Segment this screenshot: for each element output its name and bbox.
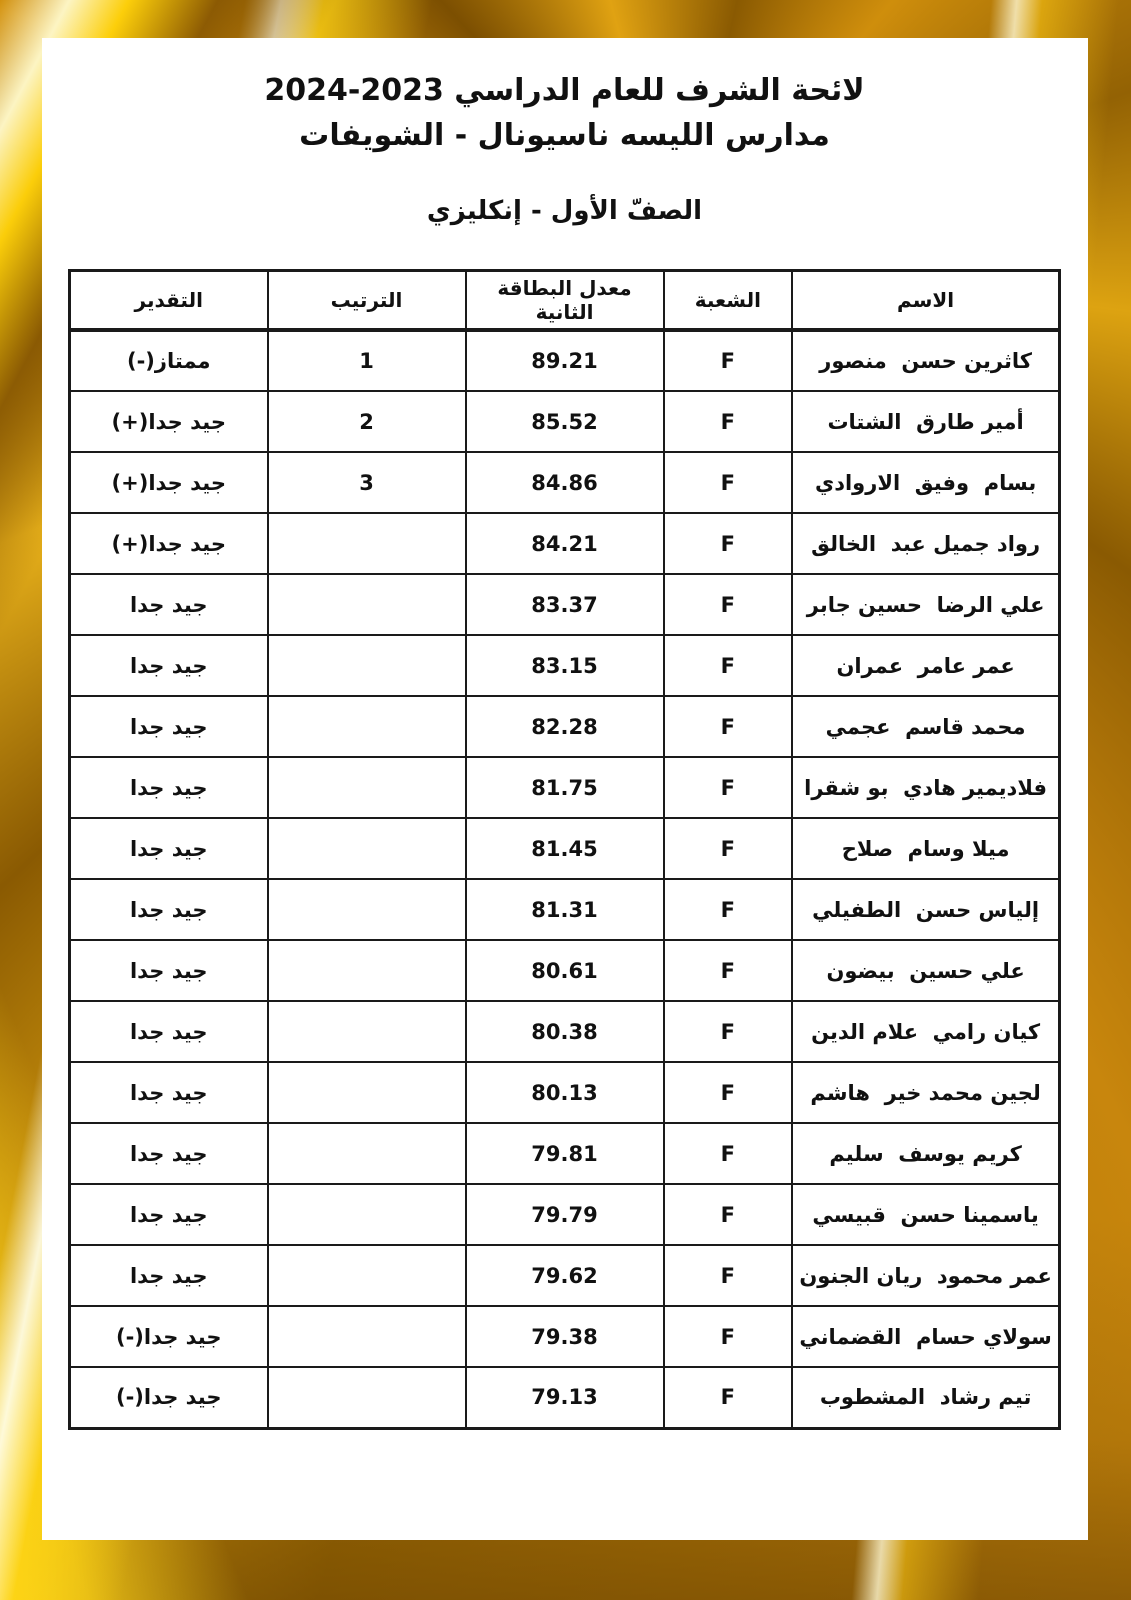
cell-section: F — [664, 391, 793, 452]
table-row: سولاي حسام القضماني F 79.38 جيد جدا(-) — [70, 1306, 1060, 1367]
cell-grade: جيد جدا — [70, 696, 268, 757]
cell-section: F — [664, 1367, 793, 1428]
cell-grade: جيد جدا — [70, 940, 268, 1001]
honor-roll-table-body: كاثرين حسن منصور F 89.21 1 ممتاز(-) أمير… — [70, 330, 1060, 1428]
cell-grade: جيد جدا(-) — [70, 1367, 268, 1428]
table-row: أمير طارق الشتات F 85.52 2 جيد جدا(+) — [70, 391, 1060, 452]
cell-rank — [268, 696, 466, 757]
page-title-line2: مدارس الليسه ناسيونال - الشويفات — [68, 113, 1061, 158]
table-row: ياسمينا حسن قبيسي F 79.79 جيد جدا — [70, 1184, 1060, 1245]
cell-grade: جيد جدا — [70, 757, 268, 818]
honor-roll-table: الاسم الشعبة معدل البطاقة الثانية الترتي… — [68, 269, 1061, 1430]
table-row: إلياس حسن الطفيلي F 81.31 جيد جدا — [70, 879, 1060, 940]
cell-grade: جيد جدا — [70, 818, 268, 879]
table-row: لجين محمد خير هاشم F 80.13 جيد جدا — [70, 1062, 1060, 1123]
cell-rank: 1 — [268, 330, 466, 391]
cell-section: F — [664, 1306, 793, 1367]
cell-student-name: علي الرضا حسين جابر — [792, 574, 1059, 635]
cell-average: 79.13 — [466, 1367, 664, 1428]
cell-section: F — [664, 574, 793, 635]
cell-student-name: كاثرين حسن منصور — [792, 330, 1059, 391]
cell-rank — [268, 1123, 466, 1184]
cell-rank: 2 — [268, 391, 466, 452]
cell-grade: جيد جدا — [70, 1245, 268, 1306]
table-row: محمد قاسم عجمي F 82.28 جيد جدا — [70, 696, 1060, 757]
cell-average: 89.21 — [466, 330, 664, 391]
cell-average: 84.86 — [466, 452, 664, 513]
cell-section: F — [664, 1245, 793, 1306]
table-row: كاثرين حسن منصور F 89.21 1 ممتاز(-) — [70, 330, 1060, 391]
cell-grade: ممتاز(-) — [70, 330, 268, 391]
cell-student-name: عمر محمود ريان الجنون — [792, 1245, 1059, 1306]
document-header: لائحة الشرف للعام الدراسي 2023-2024 مدار… — [68, 68, 1061, 226]
cell-rank — [268, 1367, 466, 1428]
cell-average: 79.62 — [466, 1245, 664, 1306]
cell-grade: جيد جدا — [70, 1001, 268, 1062]
cell-section: F — [664, 940, 793, 1001]
cell-average: 83.37 — [466, 574, 664, 635]
cell-grade: جيد جدا — [70, 1184, 268, 1245]
cell-student-name: لجين محمد خير هاشم — [792, 1062, 1059, 1123]
cell-grade: جيد جدا — [70, 1062, 268, 1123]
cell-rank — [268, 513, 466, 574]
table-row: بسام وفيق الاروادي F 84.86 3 جيد جدا(+) — [70, 452, 1060, 513]
cell-student-name: بسام وفيق الاروادي — [792, 452, 1059, 513]
cell-rank — [268, 1245, 466, 1306]
cell-student-name: سولاي حسام القضماني — [792, 1306, 1059, 1367]
cell-average: 80.13 — [466, 1062, 664, 1123]
cell-section: F — [664, 757, 793, 818]
cell-rank — [268, 1306, 466, 1367]
cell-average: 82.28 — [466, 696, 664, 757]
column-header-section: الشعبة — [664, 271, 793, 331]
table-row: علي الرضا حسين جابر F 83.37 جيد جدا — [70, 574, 1060, 635]
column-header-grade: التقدير — [70, 271, 268, 331]
column-header-rank: الترتيب — [268, 271, 466, 331]
cell-average: 79.79 — [466, 1184, 664, 1245]
cell-student-name: فلاديمير هادي بو شقرا — [792, 757, 1059, 818]
cell-average: 83.15 — [466, 635, 664, 696]
table-row: رواد جميل عبد الخالق F 84.21 جيد جدا(+) — [70, 513, 1060, 574]
cell-rank: 3 — [268, 452, 466, 513]
header-row: الاسم الشعبة معدل البطاقة الثانية الترتي… — [70, 271, 1060, 331]
table-row: كريم يوسف سليم F 79.81 جيد جدا — [70, 1123, 1060, 1184]
cell-rank — [268, 1001, 466, 1062]
cell-rank — [268, 1184, 466, 1245]
page-title-line1: لائحة الشرف للعام الدراسي 2023-2024 — [68, 68, 1061, 113]
cell-average: 79.38 — [466, 1306, 664, 1367]
cell-rank — [268, 940, 466, 1001]
cell-average: 81.45 — [466, 818, 664, 879]
cell-student-name: محمد قاسم عجمي — [792, 696, 1059, 757]
cell-student-name: تيم رشاد المشطوب — [792, 1367, 1059, 1428]
table-row: تيم رشاد المشطوب F 79.13 جيد جدا(-) — [70, 1367, 1060, 1428]
cell-grade: جيد جدا(+) — [70, 452, 268, 513]
cell-student-name: ميلا وسام صلاح — [792, 818, 1059, 879]
cell-average: 80.61 — [466, 940, 664, 1001]
cell-grade: جيد جدا — [70, 635, 268, 696]
cell-grade: جيد جدا — [70, 879, 268, 940]
column-header-name: الاسم — [792, 271, 1059, 331]
cell-average: 79.81 — [466, 1123, 664, 1184]
document-page: لائحة الشرف للعام الدراسي 2023-2024 مدار… — [42, 38, 1088, 1540]
table-row: علي حسين بيضون F 80.61 جيد جدا — [70, 940, 1060, 1001]
cell-student-name: أمير طارق الشتات — [792, 391, 1059, 452]
cell-section: F — [664, 879, 793, 940]
cell-average: 81.31 — [466, 879, 664, 940]
cell-grade: جيد جدا(+) — [70, 513, 268, 574]
cell-rank — [268, 635, 466, 696]
cell-student-name: رواد جميل عبد الخالق — [792, 513, 1059, 574]
table-row: كيان رامي علام الدين F 80.38 جيد جدا — [70, 1001, 1060, 1062]
cell-student-name: عمر عامر عمران — [792, 635, 1059, 696]
cell-rank — [268, 1062, 466, 1123]
cell-grade: جيد جدا — [70, 574, 268, 635]
cell-student-name: إلياس حسن الطفيلي — [792, 879, 1059, 940]
cell-grade: جيد جدا — [70, 1123, 268, 1184]
cell-section: F — [664, 330, 793, 391]
cell-student-name: كيان رامي علام الدين — [792, 1001, 1059, 1062]
table-row: فلاديمير هادي بو شقرا F 81.75 جيد جدا — [70, 757, 1060, 818]
cell-section: F — [664, 1123, 793, 1184]
cell-rank — [268, 818, 466, 879]
page-subtitle: الصفّ الأول - إنكليزي — [68, 196, 1061, 226]
cell-student-name: كريم يوسف سليم — [792, 1123, 1059, 1184]
cell-section: F — [664, 1184, 793, 1245]
cell-average: 85.52 — [466, 391, 664, 452]
cell-grade: جيد جدا(-) — [70, 1306, 268, 1367]
cell-section: F — [664, 818, 793, 879]
cell-average: 81.75 — [466, 757, 664, 818]
cell-section: F — [664, 513, 793, 574]
cell-section: F — [664, 635, 793, 696]
cell-rank — [268, 574, 466, 635]
cell-average: 80.38 — [466, 1001, 664, 1062]
cell-rank — [268, 879, 466, 940]
cell-rank — [268, 757, 466, 818]
table-row: عمر محمود ريان الجنون F 79.62 جيد جدا — [70, 1245, 1060, 1306]
table-row: عمر عامر عمران F 83.15 جيد جدا — [70, 635, 1060, 696]
table-row: ميلا وسام صلاح F 81.45 جيد جدا — [70, 818, 1060, 879]
cell-average: 84.21 — [466, 513, 664, 574]
golden-background: { "document": { "title_line1": "لائحة ال… — [0, 0, 1131, 1600]
cell-section: F — [664, 452, 793, 513]
cell-student-name: ياسمينا حسن قبيسي — [792, 1184, 1059, 1245]
cell-section: F — [664, 696, 793, 757]
cell-grade: جيد جدا(+) — [70, 391, 268, 452]
cell-student-name: علي حسين بيضون — [792, 940, 1059, 1001]
honor-roll-table-head: الاسم الشعبة معدل البطاقة الثانية الترتي… — [70, 271, 1060, 331]
cell-section: F — [664, 1062, 793, 1123]
cell-section: F — [664, 1001, 793, 1062]
column-header-average: معدل البطاقة الثانية — [466, 271, 664, 331]
